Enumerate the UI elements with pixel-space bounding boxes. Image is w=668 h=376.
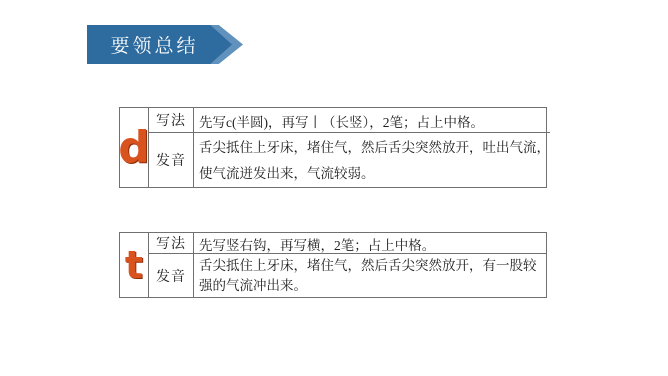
row-content-writing-t: 先写竖右钩，再写横，2笔；占上中格。 [194,233,546,254]
slide-background: { "banner": { "title": "要领总结", "bg_color… [0,0,668,376]
row-label-writing-t: 写法 [149,233,194,254]
content-line: 先写竖右钩，再写横，2笔；占上中格。 [199,234,546,254]
content-line: 强的气流冲出来。 [199,276,546,296]
letter-t: t [125,246,143,284]
banner-title: 要领总结 [110,31,208,58]
row-content-pronunciation-d: 舌尖抵住上牙床，堵住气，然后舌尖突然放开，吐出气流， 使气流迸发出来，气流较弱。 [194,133,550,187]
row-label-pronunciation-d: 发音 [149,133,194,187]
content-line: 使气流迸发出来，气流较弱。 [199,161,550,187]
content-line: 舌尖抵住上牙床，堵住气，然后舌尖突然放开，有一股较 [199,256,546,276]
letter-cell-t: t [120,233,149,297]
banner-body: 要领总结 [87,25,232,64]
title-banner: 要领总结 [87,25,243,64]
row-label-pronunciation-t: 发音 [149,254,194,297]
letter-table-t: t 写法 先写竖右钩，再写横，2笔；占上中格。 发音 舌尖抵住上牙床，堵住气，然… [119,232,547,298]
row-label-writing-d: 写法 [149,108,194,133]
letter-cell-d: d [120,108,149,187]
letter-d: d [118,126,150,170]
row-content-writing-d: 先写c(半圆)，再写丨（长竖），2笔；占上中格。 [194,108,550,133]
row-content-pronunciation-t: 舌尖抵住上牙床，堵住气，然后舌尖突然放开，有一股较 强的气流冲出来。 [194,254,546,297]
content-line: 先写c(半圆)，再写丨（长竖），2笔；占上中格。 [199,111,550,131]
content-line: 舌尖抵住上牙床，堵住气，然后舌尖突然放开，吐出气流， [199,135,550,161]
letter-table-d: d 写法 先写c(半圆)，再写丨（长竖），2笔；占上中格。 发音 舌尖抵住上牙床… [119,107,547,188]
